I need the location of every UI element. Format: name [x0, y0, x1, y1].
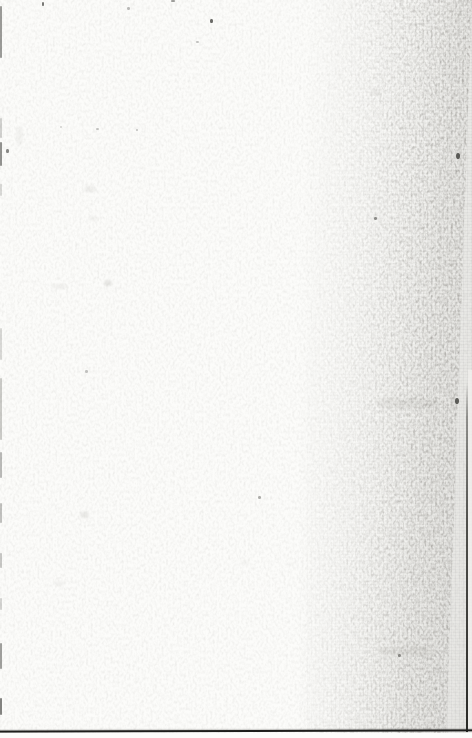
page-edge-shadow-band	[307, 0, 472, 738]
left-edge-mark	[0, 118, 2, 138]
scan-smudge	[52, 284, 68, 289]
left-edge-mark	[0, 142, 2, 166]
left-edge-mark	[0, 378, 2, 440]
left-edge-mark	[0, 328, 2, 360]
scan-speck	[85, 370, 88, 373]
scan-speck	[210, 19, 213, 23]
left-edge-mark	[0, 452, 2, 478]
left-edge-mark	[0, 184, 2, 196]
page-edge-rule	[466, 382, 468, 732]
left-edge-mark	[0, 643, 2, 669]
scan-smudge	[286, 562, 294, 566]
scan-smudge	[104, 280, 112, 286]
below-rule-margin	[0, 733, 472, 738]
left-edge-mark	[0, 598, 2, 610]
scan-speck	[171, 0, 175, 2]
scan-speck	[127, 7, 130, 10]
scan-speck	[60, 126, 62, 128]
left-edge-mark	[0, 698, 2, 715]
scan-smudge	[88, 216, 97, 221]
outer-margin-strip	[468, 370, 472, 738]
scan-speck	[6, 149, 9, 153]
scan-smudge	[84, 186, 96, 192]
scan-speck	[42, 2, 44, 6]
scan-smudge	[80, 512, 89, 518]
left-edge-mark	[0, 553, 2, 568]
scan-smudge	[240, 560, 250, 565]
scan-speck	[96, 128, 99, 130]
scan-speck	[196, 41, 199, 43]
left-edge-mark	[0, 503, 2, 523]
scan-smudge	[16, 126, 23, 146]
scanned-page	[0, 0, 472, 738]
scan-speck	[258, 496, 261, 499]
left-edge-mark	[0, 6, 2, 58]
scan-speck	[136, 129, 138, 131]
scan-smudge	[54, 581, 65, 586]
